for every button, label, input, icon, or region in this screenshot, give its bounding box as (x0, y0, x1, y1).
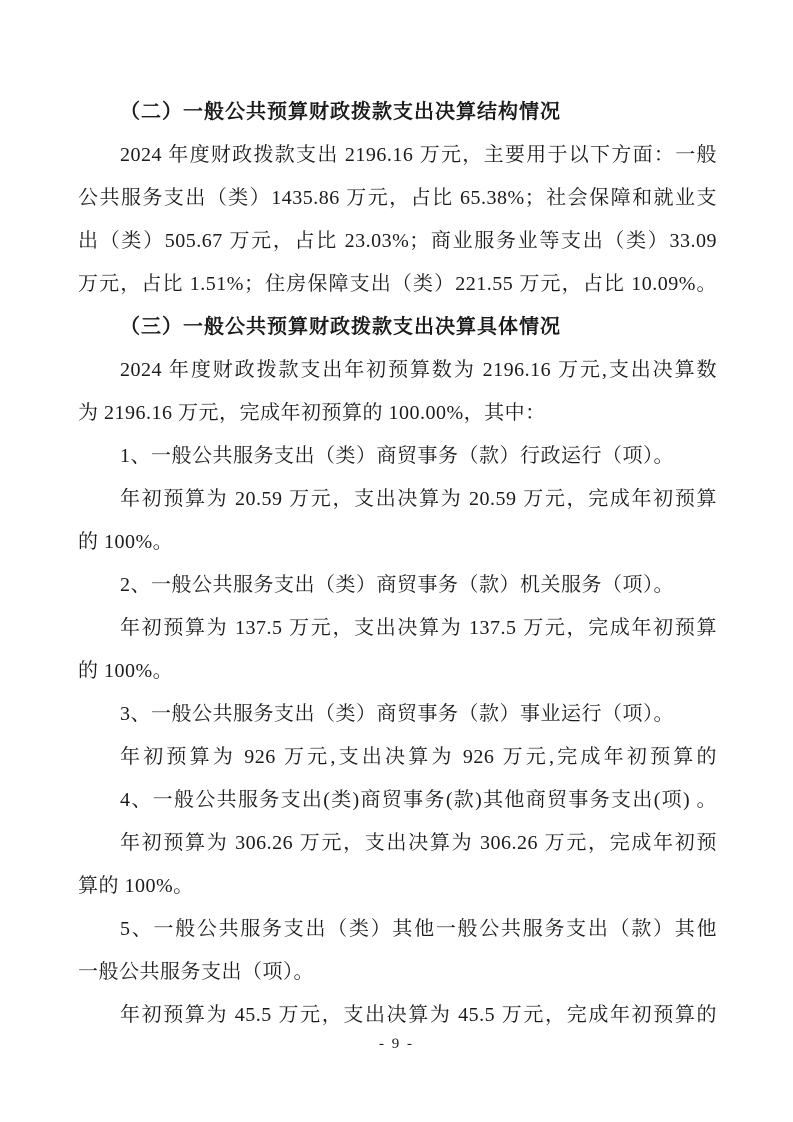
document-line: 年初预算为 20.59 万元，支出决算为 20.59 万元，完成年初预算 (78, 478, 717, 521)
document-line: 2、一般公共服务支出（类）商贸事务（款）机关服务（项）。 (78, 564, 717, 607)
document-page: （二）一般公共预算财政拨款支出决算结构情况2024 年度财政拨款支出 2196.… (0, 0, 793, 1122)
document-line: 年初预算为 45.5 万元，支出决算为 45.5 万元，完成年初预算的 (78, 994, 717, 1037)
document-line: 1、一般公共服务支出（类）商贸事务（款）行政运行（项）。 (78, 435, 717, 478)
document-line: 算的 100%。 (78, 865, 717, 908)
document-line: 5、一般公共服务支出（类）其他一般公共服务支出（款）其他 (78, 908, 717, 951)
document-body: （二）一般公共预算财政拨款支出决算结构情况2024 年度财政拨款支出 2196.… (78, 91, 717, 1037)
document-line: 的 100%。 (78, 521, 717, 564)
document-line: 公共服务支出（类）1435.86 万元，占比 65.38%；社会保障和就业支 (78, 177, 717, 220)
document-line: 为 2196.16 万元，完成年初预算的 100.00%，其中： (78, 392, 717, 435)
document-line: 2024 年度财政拨款支出年初预算数为 2196.16 万元,支出决算数 (78, 349, 717, 392)
document-line: 年初预算为 137.5 万元，支出决算为 137.5 万元，完成年初预算 (78, 607, 717, 650)
section-heading: （二）一般公共预算财政拨款支出决算结构情况 (78, 91, 717, 134)
document-line: 年初预算为 306.26 万元，支出决算为 306.26 万元，完成年初预 (78, 822, 717, 865)
section-heading: （三）一般公共预算财政拨款支出决算具体情况 (78, 306, 717, 349)
document-line: 出（类）505.67 万元，占比 23.03%；商业服务业等支出（类）33.09 (78, 220, 717, 263)
document-line: 的 100%。 (78, 650, 717, 693)
document-line: 一般公共服务支出（项）。 (78, 951, 717, 994)
document-line: 3、一般公共服务支出（类）商贸事务（款）事业运行（项）。 (78, 693, 717, 736)
document-line: 年初预算为 926 万元,支出决算为 926 万元,完成年初预算的 100%。 (78, 736, 717, 779)
page-number: - 9 - (0, 1034, 793, 1054)
document-line: 4、一般公共服务支出(类)商贸事务(款)其他商贸事务支出(项) 。 (78, 779, 717, 822)
document-line: 万元，占比 1.51%；住房保障支出（类）221.55 万元，占比 10.09%… (78, 263, 717, 306)
document-line: 2024 年度财政拨款支出 2196.16 万元，主要用于以下方面：一般 (78, 134, 717, 177)
